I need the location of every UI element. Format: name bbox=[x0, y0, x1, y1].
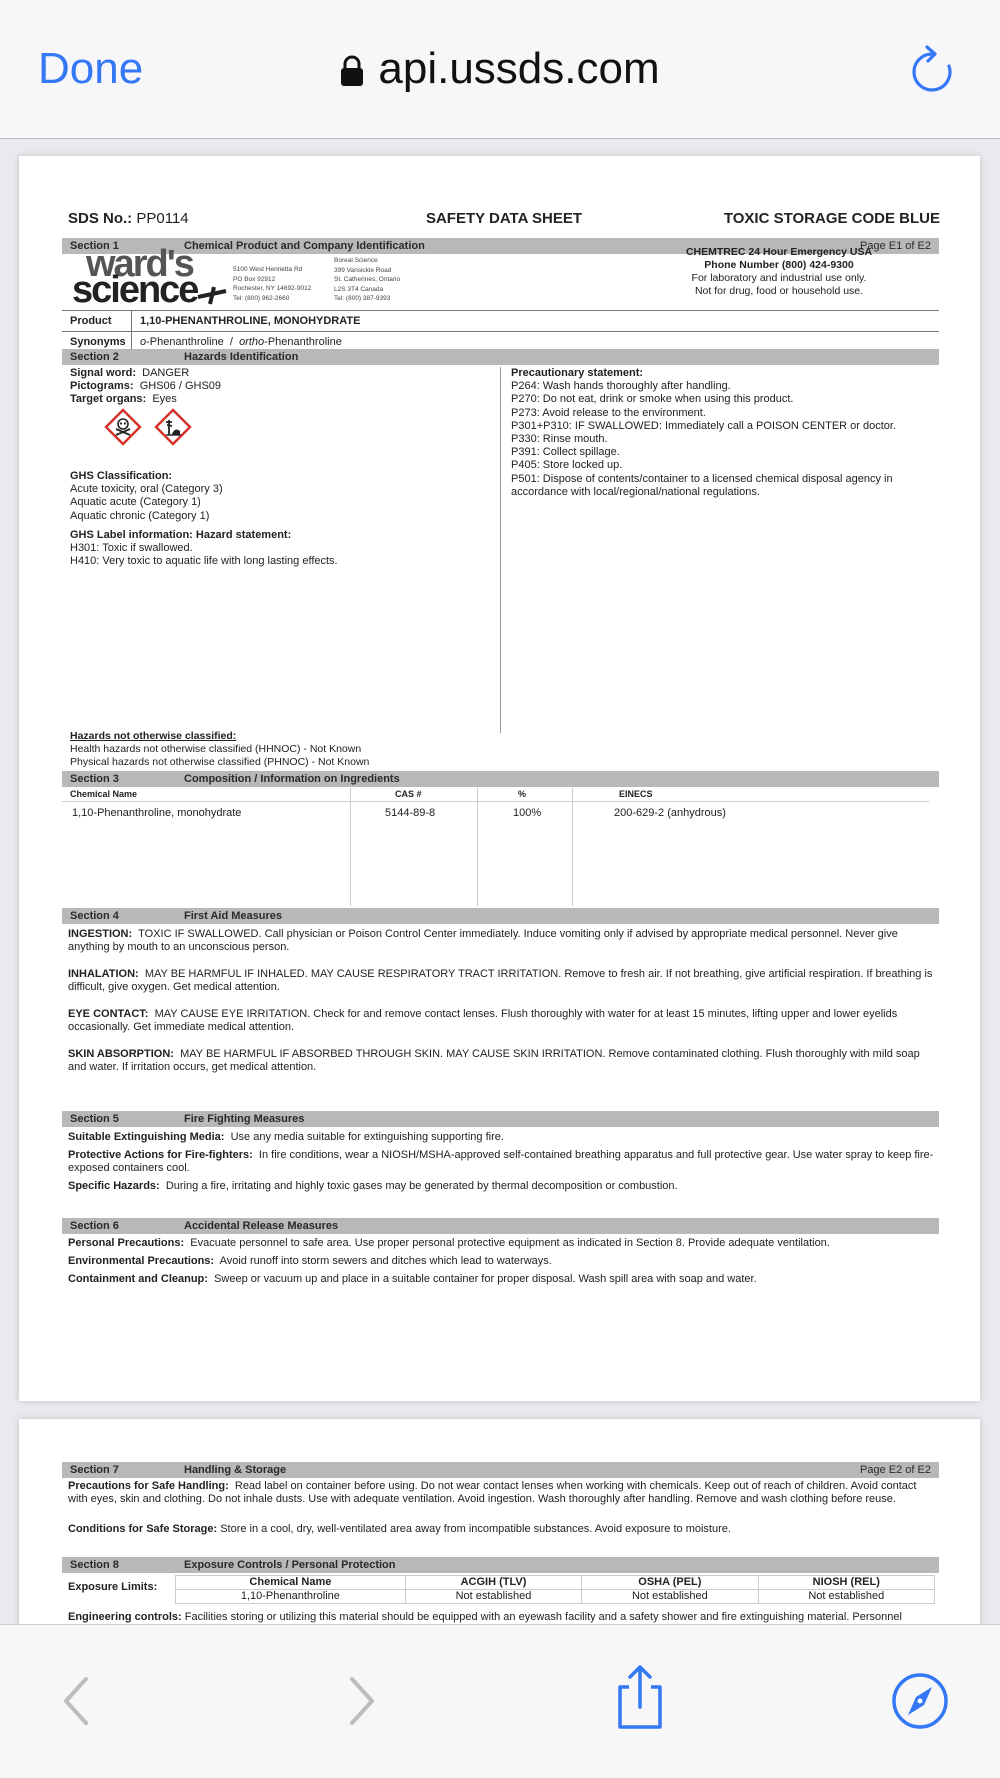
page-indicator-2: Page E2 of E2 bbox=[860, 1462, 931, 1478]
containment-cleanup: Containment and Cleanup: Sweep or vacuum… bbox=[68, 1273, 936, 1286]
compass-icon[interactable] bbox=[890, 1671, 950, 1731]
fire-specific-hazards: Specific Hazards: During a fire, irritat… bbox=[68, 1180, 936, 1193]
chevron-left-icon[interactable] bbox=[60, 1675, 90, 1727]
sds-page-1: SDS No.: PP0114 SAFETY DATA SHEET TOXIC … bbox=[19, 156, 980, 1401]
first-aid-inhalation: INHALATION: MAY BE HARMFUL IF INHALED. M… bbox=[68, 968, 936, 994]
col-einecs: EINECS bbox=[619, 789, 653, 799]
address-us: 5100 West Henrietta Rd PO Box 92912 Roch… bbox=[233, 265, 311, 303]
section-6-header: Section 6 Accidental Release Measures bbox=[62, 1218, 939, 1234]
first-aid-eye-contact: EYE CONTACT: MAY CAUSE EYE IRRITATION. C… bbox=[68, 1008, 936, 1034]
environmental-precautions: Environmental Precautions: Avoid runoff … bbox=[68, 1255, 936, 1268]
exposure-limits-label: Exposure Limits: bbox=[68, 1581, 157, 1594]
col-percent: % bbox=[518, 789, 526, 799]
product-identification: Product 1,10-PHENANTHROLINE, MONOHYDRATE… bbox=[62, 310, 939, 352]
sds-page-2: Section 7 Handling & Storage Page E2 of … bbox=[19, 1419, 980, 1624]
personal-precautions: Personal Precautions: Evacuate personnel… bbox=[68, 1237, 936, 1250]
share-icon[interactable] bbox=[612, 1663, 668, 1731]
address-canada: Boreal Science 399 Vansickle Road St. Ca… bbox=[334, 256, 400, 304]
safe-handling: Precautions for Safe Handling: Read labe… bbox=[68, 1480, 936, 1506]
logo-plus-icon bbox=[196, 285, 230, 305]
storage-code: TOXIC STORAGE CODE BLUE bbox=[724, 210, 940, 227]
col-chemical-name: Chemical Name bbox=[70, 789, 137, 799]
section-4-header: Section 4 First Aid Measures bbox=[62, 908, 939, 924]
column-divider bbox=[500, 367, 501, 733]
composition-row: 1,10-Phenanthroline, monohydrate bbox=[72, 807, 241, 819]
section-5-header: Section 5 Fire Fighting Measures bbox=[62, 1111, 939, 1127]
safe-storage: Conditions for Safe Storage: Store in a … bbox=[68, 1523, 936, 1536]
first-aid-ingestion: INGESTION: TOXIC IF SWALLOWED. Call phys… bbox=[68, 928, 936, 954]
first-aid-skin: SKIN ABSORPTION: MAY BE HARMFUL IF ABSOR… bbox=[68, 1048, 936, 1074]
lock-icon bbox=[340, 55, 364, 87]
precautionary-statements: Precautionary statement: P264: Wash hand… bbox=[511, 367, 896, 499]
section-7-header: Section 7 Handling & Storage Page E2 of … bbox=[62, 1462, 939, 1478]
product-row: Product 1,10-PHENANTHROLINE, MONOHYDRATE bbox=[62, 310, 939, 331]
fire-extinguishing-media: Suitable Extinguishing Media: Use any me… bbox=[68, 1131, 936, 1144]
skull-crossbones-icon bbox=[103, 407, 143, 447]
environment-hazard-icon bbox=[153, 407, 193, 447]
signal-info: Signal word: DANGER Pictograms: GHS06 / … bbox=[70, 367, 221, 407]
address-bar[interactable]: api.ussds.com bbox=[340, 44, 659, 94]
fire-protective-actions: Protective Actions for Fire-fighters: In… bbox=[68, 1149, 936, 1175]
section-8-header: Section 8 Exposure Controls / Personal P… bbox=[62, 1557, 939, 1573]
hazard-statements: GHS Label information: Hazard statement:… bbox=[70, 529, 338, 569]
col-cas: CAS # bbox=[395, 789, 422, 799]
url-text: api.ussds.com bbox=[378, 44, 659, 94]
engineering-controls: Engineering controls: Facilities storing… bbox=[68, 1611, 936, 1624]
browser-bottom-toolbar bbox=[0, 1624, 1000, 1778]
exposure-limits-table: Chemical Name ACGIH (TLV) OSHA (PEL) NIO… bbox=[175, 1575, 935, 1604]
browser-top-bar: Done api.ussds.com bbox=[0, 0, 1000, 139]
product-name: 1,10-PHENANTHROLINE, MONOHYDRATE bbox=[131, 311, 360, 331]
section-3-header: Section 3 Composition / Information on I… bbox=[62, 771, 939, 787]
sds-header: SDS No.: PP0114 SAFETY DATA SHEET TOXIC … bbox=[68, 210, 940, 232]
wards-science-logo: ward's science bbox=[72, 249, 202, 307]
reload-icon[interactable] bbox=[910, 44, 956, 96]
section-2-header: Section 2 Hazards Identification bbox=[62, 349, 939, 365]
chevron-right-icon[interactable] bbox=[348, 1675, 378, 1727]
signal-word: DANGER bbox=[142, 367, 189, 379]
exposure-row: 1,10-Phenanthroline Not established Not … bbox=[176, 1590, 935, 1604]
document-viewport[interactable]: SDS No.: PP0114 SAFETY DATA SHEET TOXIC … bbox=[0, 139, 1000, 1624]
ghs-classification: GHS Classification: Acute toxicity, oral… bbox=[70, 470, 223, 523]
emergency-contact: CHEMTREC 24 Hour Emergency USA Phone Num… bbox=[659, 246, 899, 298]
hnoc: Hazards not otherwise classified: Health… bbox=[70, 730, 369, 770]
